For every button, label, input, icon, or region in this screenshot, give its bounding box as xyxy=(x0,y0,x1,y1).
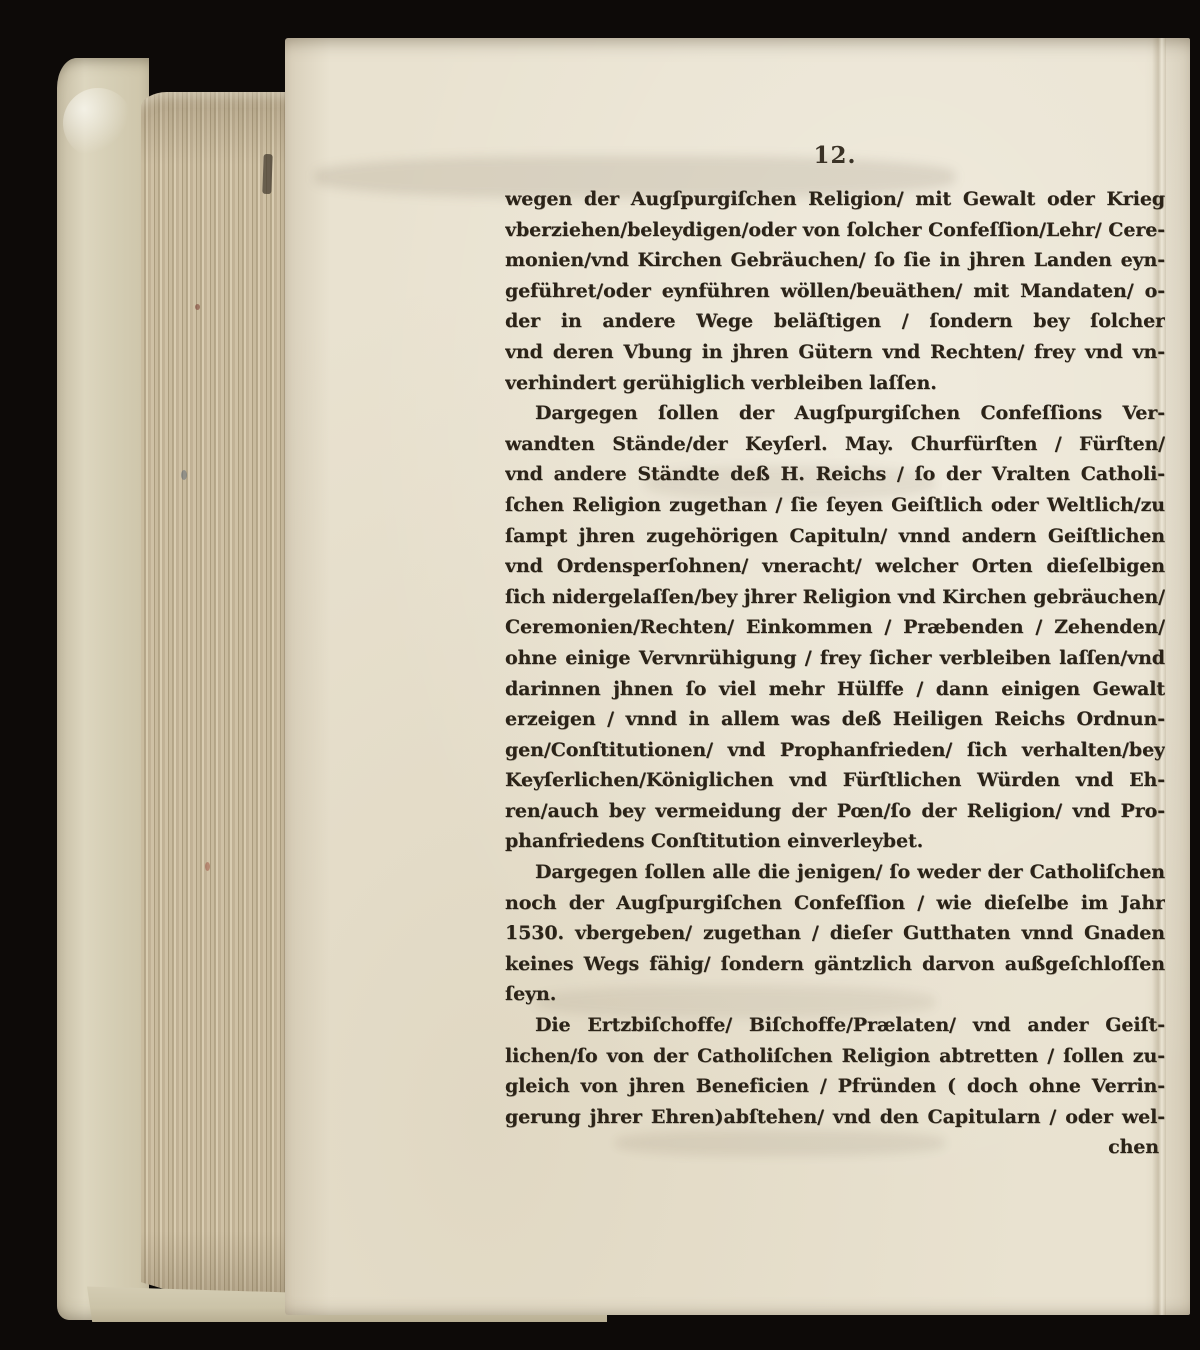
page-number: 12. xyxy=(505,142,1165,169)
text-line: geführet/oder eynführen wöllen/beuäthen/… xyxy=(505,276,1165,307)
text-line: erzeigen / vnnd in allem was deß Heilige… xyxy=(505,704,1165,735)
book: 12. wegen der Augſpurgiſchen Religion/ m… xyxy=(57,30,1192,1322)
ink-fleck xyxy=(195,304,200,310)
text-line: darinnen jhnen ſo viel mehr Hülffe / dan… xyxy=(505,674,1165,705)
text-line: Ceremonien/Rechten/ Einkommen / Præbende… xyxy=(505,612,1165,643)
text-line: vberziehen/beleydigen/oder von ſolcher C… xyxy=(505,215,1165,246)
text-line: ſeyn. xyxy=(505,979,1165,1010)
text-line: verhindert gerühiglich verbleiben laſſen… xyxy=(505,368,1165,399)
scan-canvas: { "colors": { "background": "#0d0a08", "… xyxy=(0,0,1200,1350)
book-page: 12. wegen der Augſpurgiſchen Religion/ m… xyxy=(285,38,1190,1315)
text-line: wandten Stände/der Keyſerl. May. Churfür… xyxy=(505,429,1165,460)
ink-fleck xyxy=(181,470,187,480)
text-line: gen/Conſtitutionen/ vnd Prophanfrieden/ … xyxy=(505,735,1165,766)
text-line: vnd andere Ständte deß H. Reichs / ſo de… xyxy=(505,459,1165,490)
text-line: Dargegen ſollen alle die jenigen/ ſo wed… xyxy=(505,857,1165,888)
page-block-fore-edge xyxy=(141,92,289,1304)
text-line: Dargegen ſollen der Augſpurgiſchen Confe… xyxy=(505,398,1165,429)
text-line: wegen der Augſpurgiſchen Religion/ mit G… xyxy=(505,184,1165,215)
text-line: ſich nidergelaſſen/bey jhrer Religion vn… xyxy=(505,582,1165,613)
vellum-cover-edge xyxy=(57,58,149,1320)
cover-curl-highlight xyxy=(63,88,133,158)
catchword: chen xyxy=(505,1132,1165,1163)
text-line: ſchen Religion zugethan / ſie ſeyen Geiſ… xyxy=(505,490,1165,521)
text-line: Die Ertzbiſchoffe/ Biſchoffe/Prælaten/ v… xyxy=(505,1010,1165,1041)
text-line: vnd deren Vbung in jhren Gütern vnd Rech… xyxy=(505,337,1165,368)
text-block: wegen der Augſpurgiſchen Religion/ mit G… xyxy=(505,184,1165,1163)
text-line: 1530. vbergeben/ zugethan / dieſer Gutth… xyxy=(505,918,1165,949)
text-line: Keyſerlichen/Königlichen vnd Fürſtlichen… xyxy=(505,765,1165,796)
text-line: ohne einige Vervnrühigung / frey ſicher … xyxy=(505,643,1165,674)
text-line: gerung jhrer Ehren)abſtehen/ vnd den Cap… xyxy=(505,1102,1165,1133)
text-line: monien/vnd Kirchen Gebräuchen/ ſo ſie in… xyxy=(505,245,1165,276)
ink-fleck xyxy=(262,154,272,194)
text-line: noch der Augſpurgiſchen Confeſſion / wie… xyxy=(505,888,1165,919)
text-line: gleich von jhren Beneficien / Pfründen (… xyxy=(505,1071,1165,1102)
text-line: vnd Ordensperſohnen/ vneracht/ welcher O… xyxy=(505,551,1165,582)
text-line: lichen/ſo von der Catholiſchen Religion … xyxy=(505,1041,1165,1072)
text-line: der in andere Wege beläſtigen / ſondern … xyxy=(505,306,1165,337)
text-line: ren/auch bey vermeidung der Pœn/ſo der R… xyxy=(505,796,1165,827)
ink-fleck xyxy=(205,862,210,871)
text-line: ſampt jhren zugehörigen Capituln/ vnnd a… xyxy=(505,521,1165,552)
text-line: phanfriedens Conſtitution einverleybet. xyxy=(505,826,1165,857)
text-line: keines Wegs fähig/ ſondern gäntzlich dar… xyxy=(505,949,1165,980)
